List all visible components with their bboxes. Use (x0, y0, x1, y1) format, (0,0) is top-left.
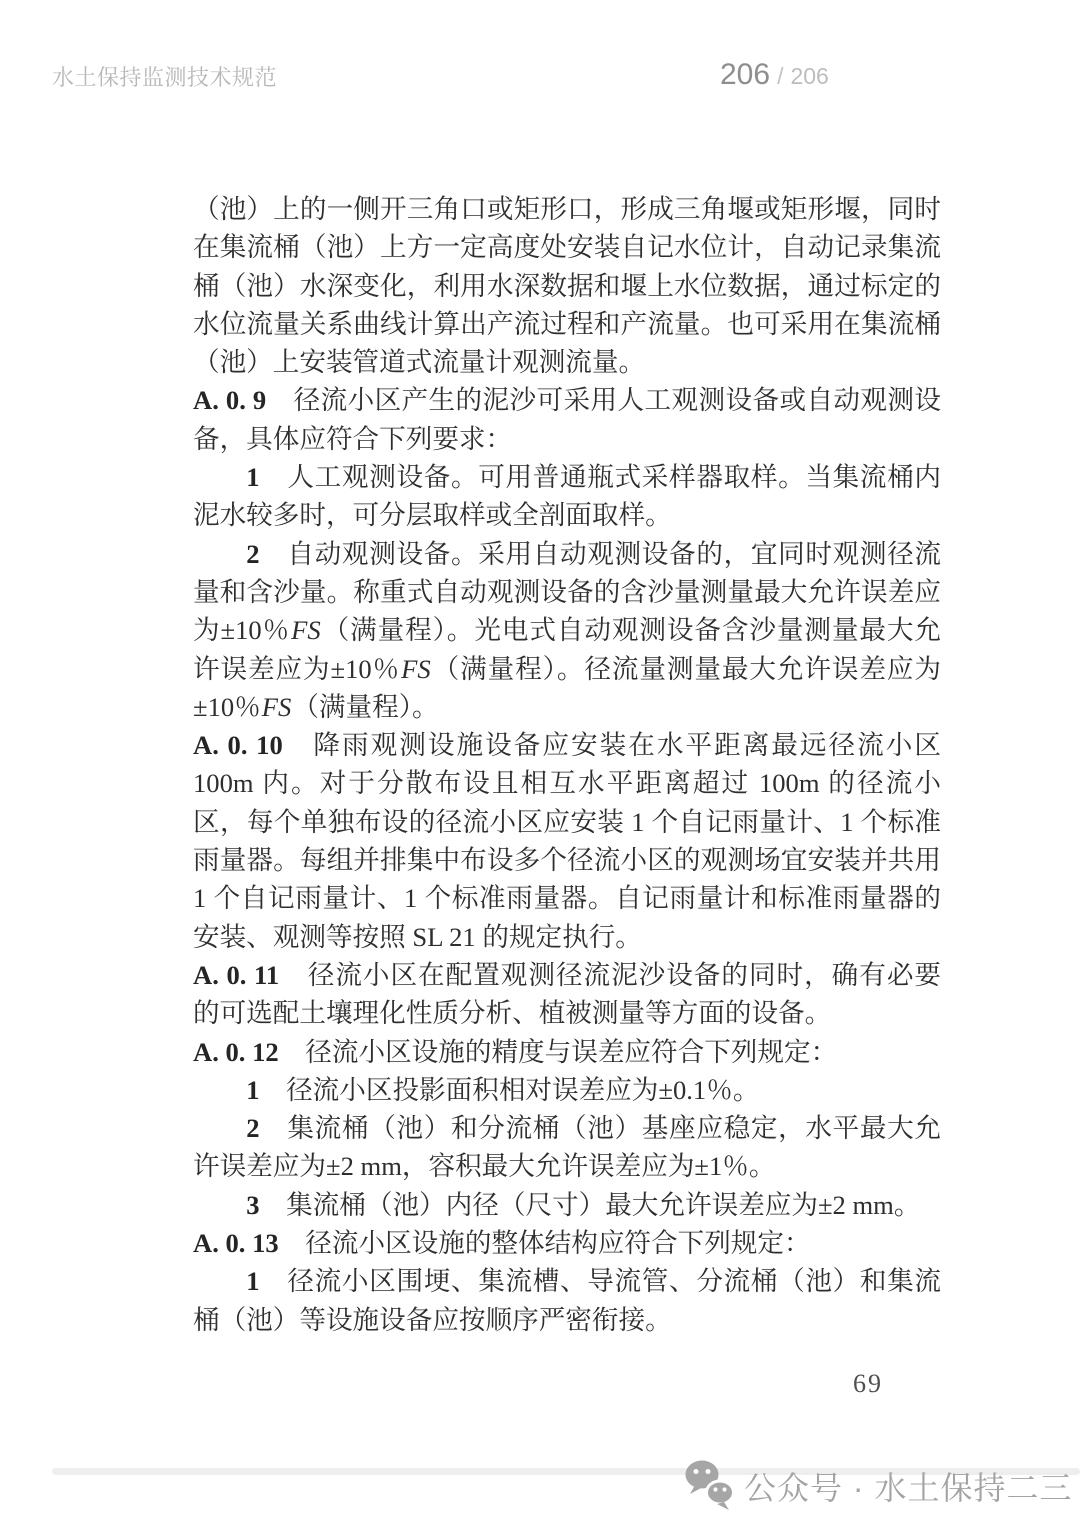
section-label: A. 0. 13 (193, 1228, 279, 1258)
text-segment: 人工观测设备。可用普通瓶式采样器取样。当集流桶内泥水较多时，可分层取样或全剖面取… (193, 462, 941, 530)
section-label: 1 (246, 462, 259, 492)
wechat-icon (684, 1459, 734, 1512)
paragraph: 1 径流小区投影面积相对误差应为±0.1％。 (193, 1071, 941, 1109)
text-segment: （满量程）。 (292, 692, 438, 722)
section-label: 3 (246, 1190, 259, 1220)
page-current: 206 (720, 58, 770, 92)
text-segment: 径流小区围埂、集流槽、导流管、分流桶（池）和集流桶（池）等设施设备应按顺序严密衔… (193, 1266, 941, 1334)
folio-page-number: 69 (853, 1369, 883, 1399)
paragraph: A. 0. 13 径流小区设施的整体结构应符合下列规定： (193, 1224, 941, 1262)
section-label: A. 0. 11 (193, 960, 279, 990)
text-segment: 径流小区在配置观测径流泥沙设备的同时，确有必要的可选配土壤理化性质分析、植被测量… (193, 960, 941, 1028)
paragraph: 1 人工观测设备。可用普通瓶式采样器取样。当集流桶内泥水较多时，可分层取样或全剖… (193, 458, 941, 535)
paragraph: （池）上的一侧开三角口或矩形口，形成三角堰或矩形堰，同时在集流桶（池）上方一定高… (193, 190, 941, 381)
section-label: 2 (246, 539, 259, 569)
section-label: A. 0. 9 (193, 385, 266, 415)
paragraph: A. 0. 9 径流小区产生的泥沙可采用人工观测设备或自动观测设备，具体应符合下… (193, 381, 941, 458)
text-segment: （池）上的一侧开三角口或矩形口，形成三角堰或矩形堰，同时在集流桶（池）上方一定高… (193, 194, 941, 377)
text-segment: FS (290, 615, 322, 645)
document-body: （池）上的一侧开三角口或矩形口，形成三角堰或矩形堰，同时在集流桶（池）上方一定高… (193, 190, 941, 1339)
text-segment: 径流小区产生的泥沙可采用人工观测设备或自动观测设备，具体应符合下列要求： (193, 385, 941, 453)
section-label: 1 (246, 1266, 259, 1296)
text-segment: 集流桶（池）内径（尺寸）最大允许误差应为±2 mm。 (259, 1190, 920, 1220)
paragraph: 1 径流小区围埂、集流槽、导流管、分流桶（池）和集流桶（池）等设施设备应按顺序严… (193, 1262, 941, 1339)
page-total: 206 (790, 63, 828, 90)
watermark-label: 公众号 · 水土保持二三 (744, 1467, 1072, 1509)
paragraph: A. 0. 11 径流小区在配置观测径流泥沙设备的同时，确有必要的可选配土壤理化… (193, 956, 941, 1033)
text-segment: FS (400, 654, 432, 684)
paragraph: 2 集流桶（池）和分流桶（池）基座应稳定，水平最大允许误差应为±2 mm，容积最… (193, 1109, 941, 1186)
paragraph: A. 0. 10 降雨观测设施设备应安装在水平距离最远径流小区 100m 内。对… (193, 726, 941, 956)
text-segment: 降雨观测设施设备应安装在水平距离最远径流小区 100m 内。对于分散布设且相互水… (193, 730, 941, 951)
section-label: A. 0. 10 (193, 730, 283, 760)
section-label: A. 0. 12 (193, 1037, 279, 1067)
page-indicator: 206 / 206 (720, 58, 829, 92)
page-separator: / (777, 63, 783, 90)
text-segment: 径流小区投影面积相对误差应为±0.1％。 (259, 1075, 759, 1105)
document-page: 水土保持监测技术规范 206 / 206 （池）上的一侧开三角口或矩形口，形成三… (0, 0, 1080, 1527)
section-label: 2 (246, 1113, 259, 1143)
paragraph: 3 集流桶（池）内径（尺寸）最大允许误差应为±2 mm。 (193, 1186, 941, 1224)
section-label: 1 (246, 1075, 259, 1105)
text-segment: 径流小区设施的整体结构应符合下列规定： (279, 1228, 811, 1258)
document-title: 水土保持监测技术规范 (52, 64, 277, 92)
text-segment: 径流小区设施的精度与误差应符合下列规定： (279, 1037, 837, 1067)
text-segment: 集流桶（池）和分流桶（池）基座应稳定，水平最大允许误差应为±2 mm，容积最大允… (193, 1113, 941, 1181)
paragraph: A. 0. 12 径流小区设施的精度与误差应符合下列规定： (193, 1033, 941, 1071)
text-segment: FS (261, 692, 293, 722)
paragraph: 2 自动观测设备。采用自动观测设备的，宜同时观测径流量和含沙量。称重式自动观测设… (193, 535, 941, 726)
